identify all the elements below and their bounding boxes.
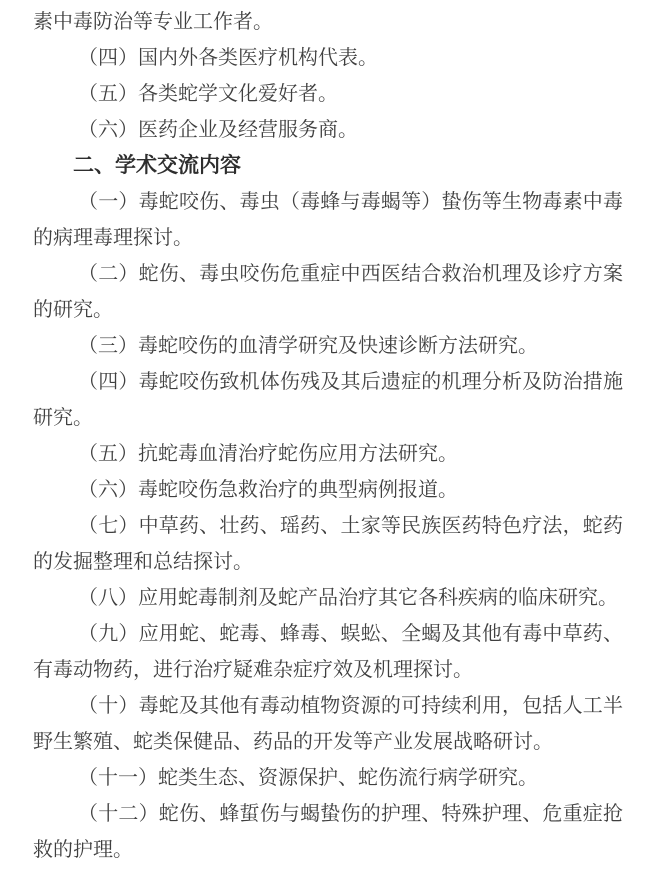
- content-list-item: （七）中草药、壮药、瑶药、土家等民族医药特色疗法，蛇药的发掘整理和总结探讨。: [33, 508, 623, 580]
- content-list-item: （六）毒蛇咬伤急救治疗的典型病例报道。: [33, 472, 623, 508]
- content-list-item: （十一）蛇类生态、资源保护、蛇伤流行病学研究。: [33, 760, 623, 796]
- content-list-item: （三）毒蛇咬伤的血清学研究及快速诊断方法研究。: [33, 328, 623, 364]
- attendee-list-item: （六）医药企业及经营服务商。: [33, 112, 623, 148]
- content-list-item: （五）抗蛇毒血清治疗蛇伤应用方法研究。: [33, 436, 623, 472]
- content-list-item: （十二）蛇伤、蜂蜇伤与蝎蛰伤的护理、特殊护理、危重症抢救的护理。: [33, 796, 623, 868]
- content-list-item: （十）毒蛇及其他有毒动植物资源的可持续利用，包括人工半野生繁殖、蛇类保健品、药品…: [33, 688, 623, 760]
- attendee-list-item: （五）各类蛇学文化爱好者。: [33, 76, 623, 112]
- content-list-item: （八）应用蛇毒制剂及蛇产品治疗其它各科疾病的临床研究。: [33, 580, 623, 616]
- content-list-item: （九）应用蛇、蛇毒、蜂毒、蜈蚣、全蝎及其他有毒中草药、有毒动物药，进行治疗疑难杂…: [33, 616, 623, 688]
- content-list-item: （二）蛇伤、毒虫咬伤危重症中西医结合救治机理及诊疗方案的研究。: [33, 256, 623, 328]
- section-heading: 二、学术交流内容: [33, 148, 623, 184]
- content-list-item: （一）毒蛇咬伤、毒虫（毒蜂与毒蝎等）蛰伤等生物毒素中毒的病理毒理探讨。: [33, 184, 623, 256]
- content-list-item: （四）毒蛇咬伤致机体伤残及其后遗症的机理分析及防治措施研究。: [33, 364, 623, 436]
- attendee-list-item: （四）国内外各类医疗机构代表。: [33, 40, 623, 76]
- document-page: 素中毒防治等专业工作者。 （四）国内外各类医疗机构代表。 （五）各类蛇学文化爱好…: [0, 0, 656, 868]
- carryover-paragraph: 素中毒防治等专业工作者。: [33, 4, 623, 40]
